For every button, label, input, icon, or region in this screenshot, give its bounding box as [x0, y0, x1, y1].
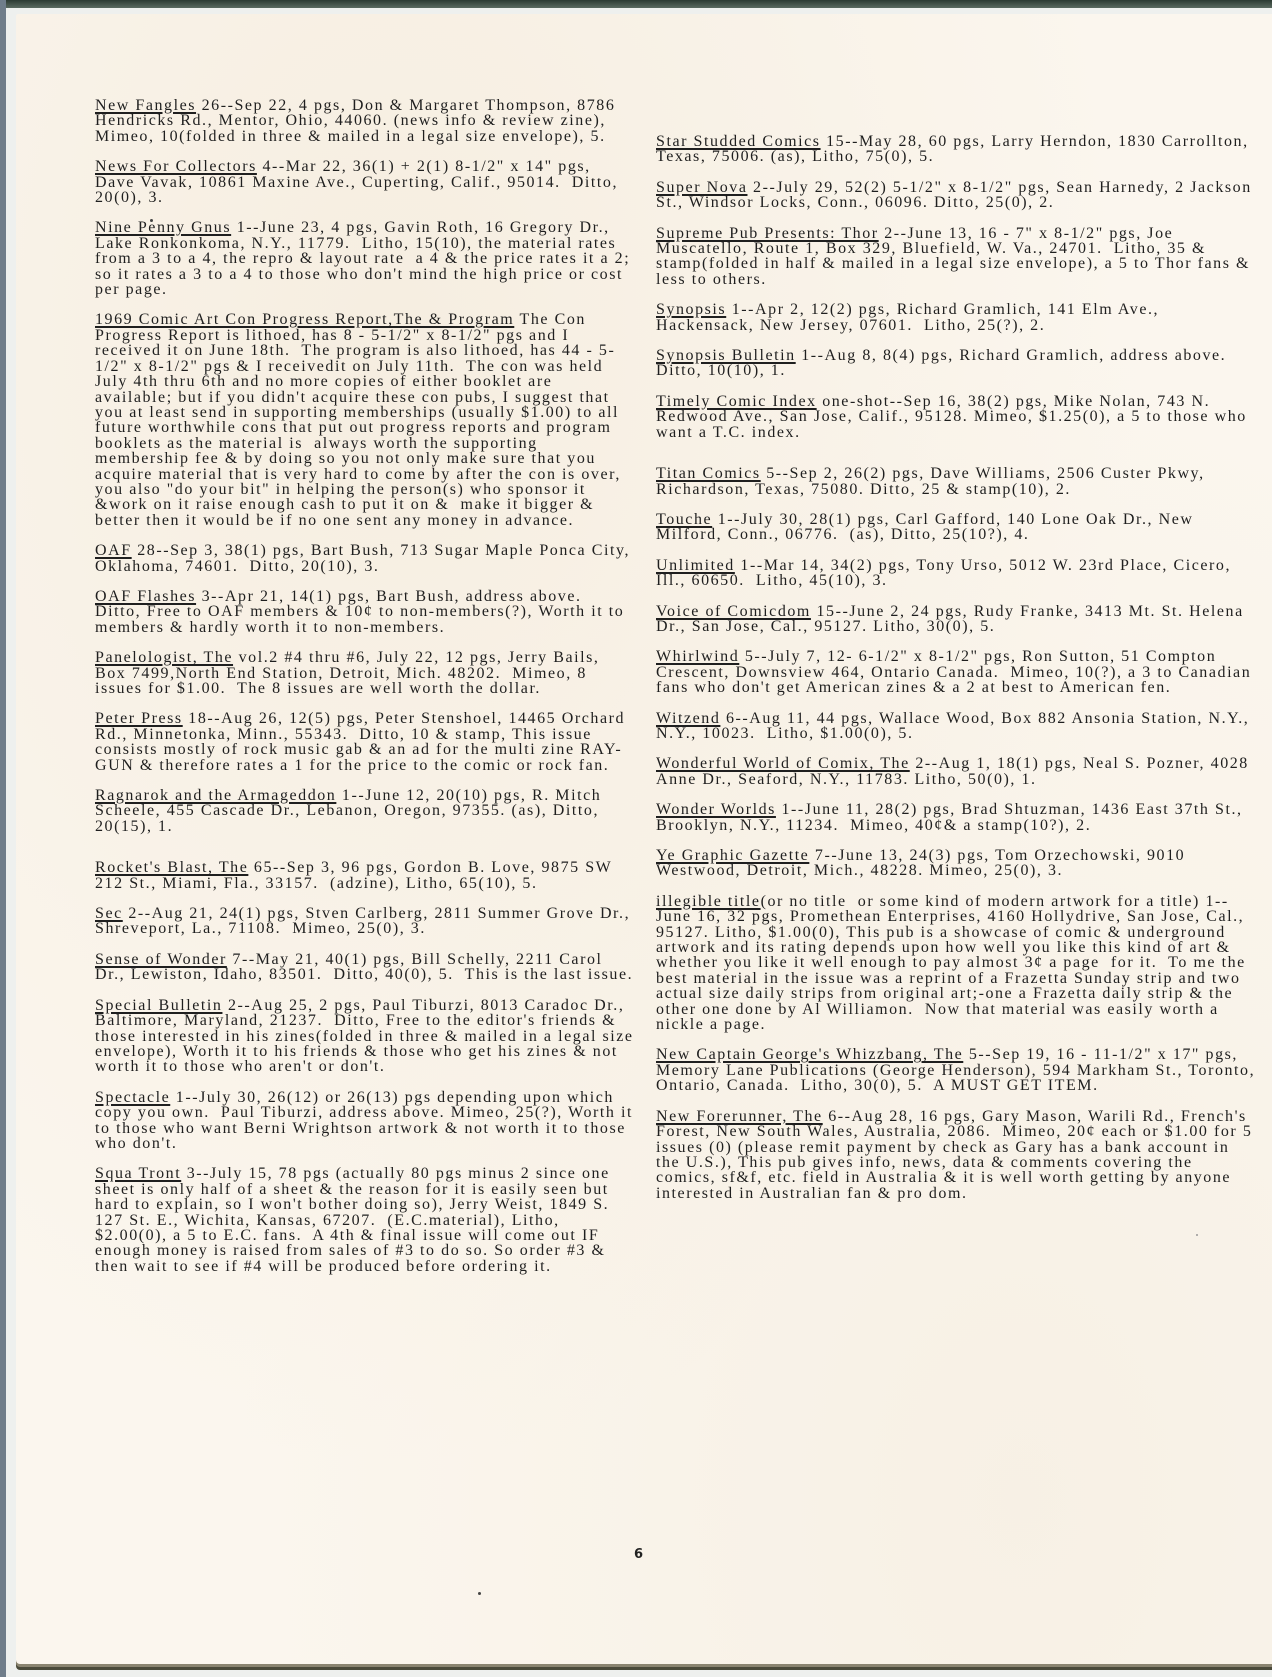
listing-entry: 1969 Comic Art Con Progress Report,The &…	[95, 312, 635, 528]
listing-details: 1--July 30, 28(1) pgs, Carl Gafford, 140…	[656, 511, 1199, 543]
listing-entry: Synopsis Bulletin 1--Aug 8, 8(4) pgs, Ri…	[656, 348, 1256, 379]
listing-entry: OAF Flashes 3--Apr 21, 14(1) pgs, Bart B…	[95, 589, 635, 635]
listing-entry: Timely Comic Index one-shot--Sep 16, 38(…	[656, 394, 1256, 440]
paper-speck	[478, 1592, 481, 1595]
listing-entry: Spectacle 1--July 30, 26(12) or 26(13) p…	[95, 1090, 635, 1152]
listing-entry: Witzend 6--Aug 11, 44 pgs, Wallace Wood,…	[656, 711, 1256, 742]
listing-entry: New Fangles 26--Sep 22, 4 pgs, Don & Mar…	[95, 98, 635, 144]
listing-details: The Con Progress Report is lithoed, has …	[95, 311, 627, 528]
listing-entry: Touche 1--July 30, 28(1) pgs, Carl Gaffo…	[656, 512, 1256, 543]
listing-details: (or no title or some kind of modern artw…	[656, 893, 1251, 1033]
scan-border-top	[0, 0, 1272, 8]
listing-entry: Super Nova 2--July 29, 52(2) 5-1/2" x 8-…	[656, 180, 1256, 211]
listing-details: 1--July 30, 26(12) or 26(13) pgs dependi…	[95, 1089, 639, 1152]
listing-entry: Special Bulletin 2--Aug 25, 2 pgs, Paul …	[95, 998, 635, 1075]
listing-entry: Voice of Comicdom 15--June 2, 24 pgs, Ru…	[656, 604, 1256, 635]
listing-entry: Titan Comics 5--Sep 2, 26(2) pgs, Dave W…	[656, 466, 1256, 497]
listing-entry: Wonderful World of Comix, The 2--Aug 1, …	[656, 756, 1256, 787]
listing-details: 28--Sep 3, 38(1) pgs, Bart Bush, 713 Sug…	[95, 542, 636, 574]
listing-details: 3--July 15, 78 pgs (actually 80 pgs minu…	[95, 1165, 615, 1274]
listing-entry: News For Collectors 4--Mar 22, 36(1) + 2…	[95, 159, 635, 205]
listing-details: 1--Mar 14, 34(2) pgs, Tony Urso, 5012 W.…	[656, 557, 1237, 589]
listing-details: 2--July 29, 52(2) 5-1/2" x 8-1/2" pgs, S…	[656, 179, 1257, 211]
listing-entry: Star Studded Comics 15--May 28, 60 pgs, …	[656, 134, 1256, 165]
listing-entry: Supreme Pub Presents: Thor 2--June 13, 1…	[656, 226, 1256, 288]
listing-details: 2--Aug 21, 24(1) pgs, Stven Carlberg, 28…	[95, 905, 636, 937]
listing-entry: Unlimited 1--Mar 14, 34(2) pgs, Tony Urs…	[656, 558, 1256, 589]
paper-speck	[1196, 1234, 1198, 1236]
page-number: 6	[634, 1547, 643, 1562]
listing-entry: Peter Press 18--Aug 26, 12(5) pgs, Peter…	[95, 711, 635, 773]
listing-entry: Sec 2--Aug 21, 24(1) pgs, Stven Carlberg…	[95, 906, 635, 937]
listing-entry: Sense of Wonder 7--May 21, 40(1) pgs, Bi…	[95, 952, 635, 983]
listing-entry: Whirlwind 5--July 7, 12- 6-1/2" x 8-1/2"…	[656, 649, 1256, 695]
listing-entry: illegible title(or no title or some kind…	[656, 894, 1256, 1033]
listing-entry: New Captain George's Whizzbang, The 5--S…	[656, 1047, 1256, 1093]
listing-entry: Synopsis 1--Apr 2, 12(2) pgs, Richard Gr…	[656, 302, 1256, 333]
listing-entry: New Forerunner, The 6--Aug 28, 16 pgs, G…	[656, 1109, 1256, 1201]
listing-entry: Ye Graphic Gazette 7--June 13, 24(3) pgs…	[656, 848, 1256, 879]
document-page: New Fangles 26--Sep 22, 4 pgs, Don & Mar…	[16, 14, 1272, 1664]
listing-entry: Squa Tront 3--July 15, 78 pgs (actually …	[95, 1166, 635, 1274]
listing-entry: Ragnarok and the Armageddon 1--June 12, …	[95, 788, 635, 834]
listing-entry: Wonder Worlds 1--June 11, 28(2) pgs, Bra…	[656, 802, 1256, 833]
listing-details: 6--Aug 11, 44 pgs, Wallace Wood, Box 882…	[656, 710, 1255, 742]
paper-speck	[150, 219, 153, 222]
listing-entry: Nine Penny Gnus 1--June 23, 4 pgs, Gavin…	[95, 220, 635, 297]
left-column: New Fangles 26--Sep 22, 4 pgs, Don & Mar…	[95, 98, 635, 1289]
listing-entry: Panelologist, The vol.2 #4 thru #6, July…	[95, 650, 635, 696]
right-column: Star Studded Comics 15--May 28, 60 pgs, …	[656, 134, 1256, 1216]
listing-entry: Rocket's Blast, The 65--Sep 3, 96 pgs, G…	[95, 860, 635, 891]
listing-details: 1--Apr 2, 12(2) pgs, Richard Gramlich, 1…	[656, 301, 1165, 333]
listing-entry: OAF 28--Sep 3, 38(1) pgs, Bart Bush, 713…	[95, 543, 635, 574]
listing-details: 5--July 7, 12- 6-1/2" x 8-1/2" pgs, Ron …	[656, 648, 1257, 696]
